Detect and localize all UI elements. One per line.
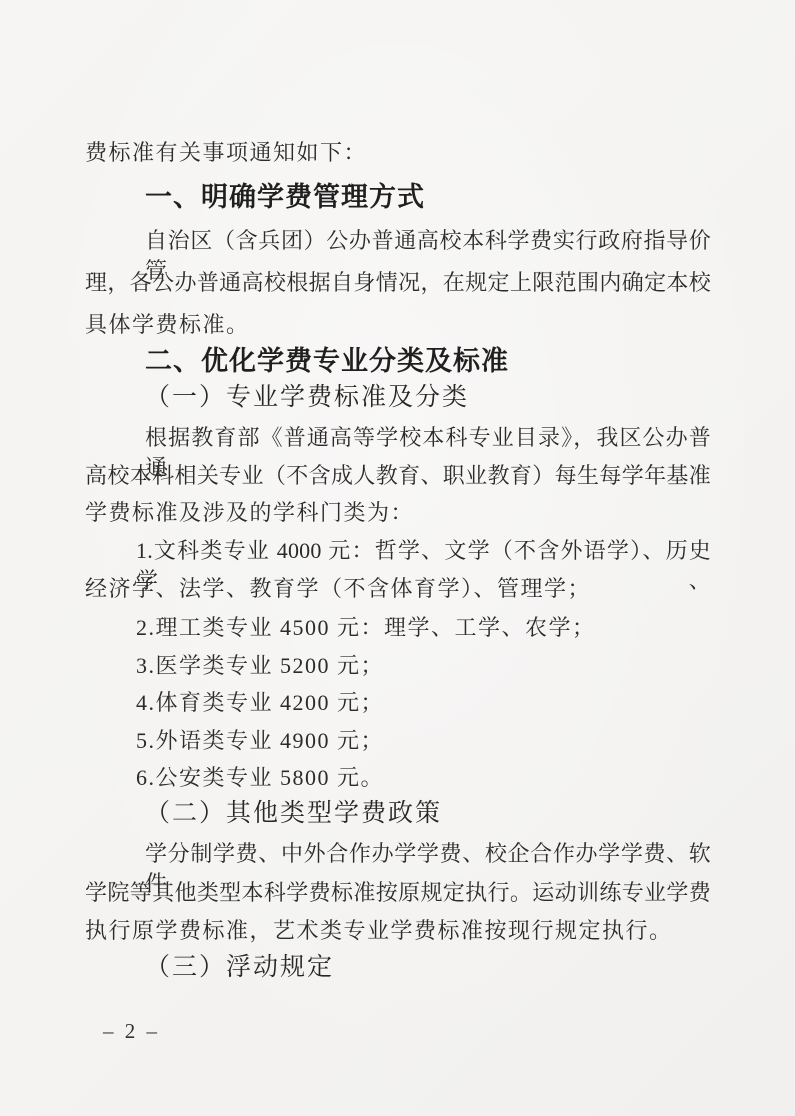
- section-1-paragraph-line-3: 具体学费标准。: [85, 310, 250, 340]
- sub-2-paragraph-line-2: 学院等其他类型本科学费标准按原规定执行。运动训练专业学费: [85, 878, 711, 908]
- section-1-heading: 一、明确学费管理方式: [145, 181, 425, 213]
- document-page: 费标准有关事项通知如下： 一、明确学费管理方式 自治区（含兵团）公办普通高校本科…: [0, 0, 795, 1116]
- sub-2-paragraph-line-3: 执行原学费标准，艺术类专业学费标准按现行规定执行。: [85, 916, 673, 946]
- section-2-sub-3-heading: （三）浮动规定: [145, 953, 334, 983]
- section-2-sub-2-heading: （二）其他类型学费政策: [145, 799, 442, 829]
- section-1-paragraph-line-2: 理，各公办普通高校根据自身情况，在规定上限范围内确定本校: [85, 268, 711, 298]
- section-2-sub-1-heading: （一）专业学费标准及分类: [145, 383, 469, 413]
- fee-item-3: 3.医学类专业 5200 元；: [136, 651, 384, 681]
- page-number: – 2 –: [103, 1016, 160, 1046]
- fee-item-6: 6.公安类专业 5800 元。: [136, 763, 384, 793]
- fee-item-5: 5.外语类专业 4900 元；: [136, 726, 384, 756]
- sub-1-paragraph-line-2: 高校本科相关专业（不含成人教育、职业教育）每生每学年基准: [85, 461, 711, 491]
- sub-1-paragraph-line-3: 学费标准及涉及的学科门类为：: [85, 498, 414, 528]
- fee-item-4: 4.体育类专业 4200 元；: [136, 688, 384, 718]
- intro-line: 费标准有关事项通知如下：: [85, 138, 367, 168]
- fee-item-2: 2.理工类专业 4500 元：理学、工学、农学；: [136, 613, 596, 643]
- fee-item-1-line-2: 经济学、法学、教育学（不含体育学）、管理学；: [85, 574, 591, 604]
- section-2-heading: 二、优化学费专业分类及标准: [145, 345, 509, 377]
